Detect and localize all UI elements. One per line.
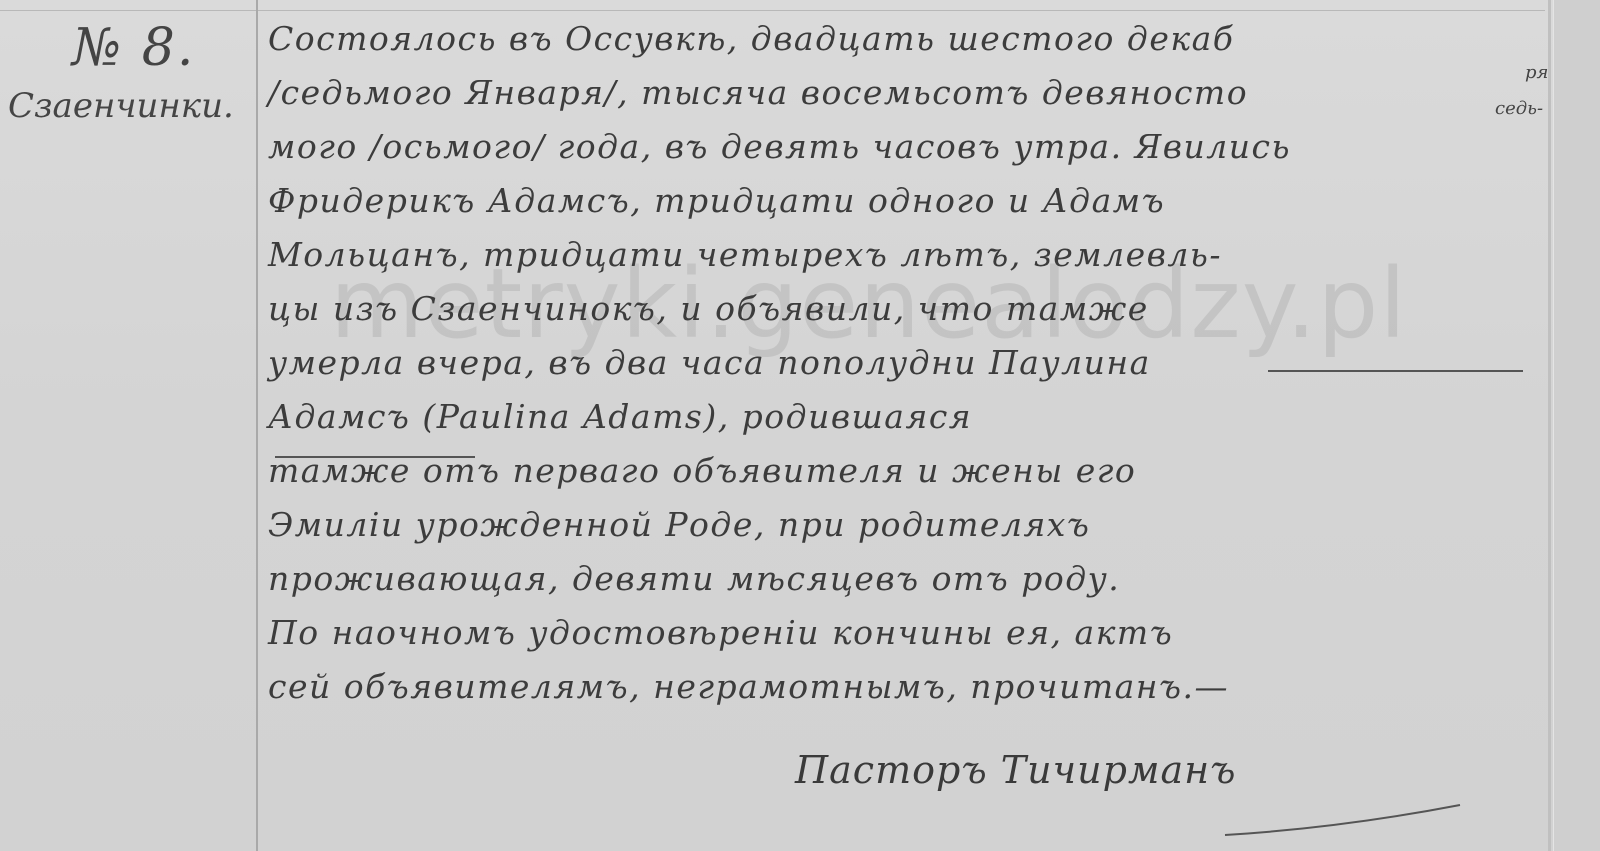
record-line-6: цы изъ Сзаенчинокъ, и объявили, что тамж… [268, 282, 1543, 336]
record-line-8: Адамсъ (Paulina Adams), родившаяся [268, 390, 1543, 444]
record-line-1: Состоялось въ Оссувкѣ, двадцать шестого … [268, 12, 1543, 66]
record-line-11: проживающая, девяти мѣсяцевъ отъ роду. [268, 552, 1543, 606]
record-line-7: умерла вчера, въ два часа пополудни Паул… [268, 336, 1543, 390]
record-body: Состоялось въ Оссувкѣ, двадцать шестого … [268, 12, 1543, 714]
record-line-4: Фридерикъ Адамсъ, тридцати одного и Адам… [268, 174, 1543, 228]
page-binding-edge [1553, 0, 1600, 851]
record-line-9: тамже отъ перваго объявителя и жены его [268, 444, 1543, 498]
entry-number: № 8. [72, 18, 195, 78]
margin-annotation-1: ря [1525, 62, 1548, 83]
record-page: № 8. Сзаенчинки. metryki.genealodzy.pl С… [0, 0, 1600, 851]
column-divider [256, 0, 258, 851]
record-line-5: Мольцанъ, тридцати четырехъ лѣтъ, землев… [268, 228, 1543, 282]
pastor-signature: Пасторъ Тичирманъ [795, 748, 1237, 792]
signature-flourish [1220, 800, 1470, 840]
record-line-2: /седьмого Января/, тысяча восемьсотъ дев… [268, 66, 1543, 120]
record-line-13: сей объявителямъ, неграмотнымъ, прочитан… [268, 660, 1543, 714]
record-line-10: Эмиліи урожденной Роде, при родителяхъ [268, 498, 1543, 552]
name-underline-surname [275, 456, 475, 458]
record-line-12: По наочномъ удостовѣреніи кончины ея, ак… [268, 606, 1543, 660]
record-line-3: мого /осьмого/ года, въ девять часовъ ут… [268, 120, 1543, 174]
margin-annotation-2: седь- [1495, 98, 1543, 119]
village-name: Сзаенчинки. [8, 86, 234, 126]
page-right-edge [1548, 0, 1551, 851]
margin-column: № 8. Сзаенчинки. [0, 0, 256, 851]
name-underline-first [1268, 370, 1523, 372]
